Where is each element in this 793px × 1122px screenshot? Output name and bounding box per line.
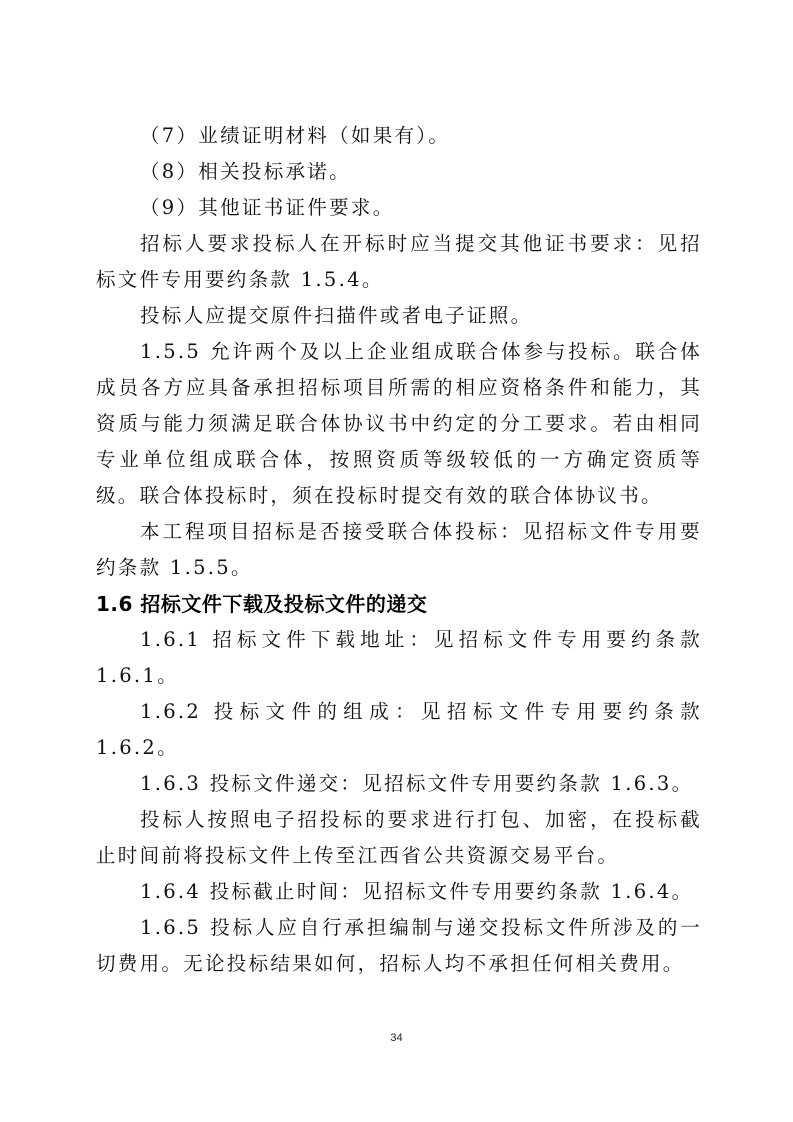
page-number: 34 <box>0 1032 793 1044</box>
paragraph-scan-originals: 投标人应提交原件扫描件或者电子证照。 <box>96 298 702 334</box>
paragraph-consortium-acceptance: 本工程项目招标是否接受联合体投标：见招标文件专用要约条款 1.5.5。 <box>96 514 702 586</box>
document-page: （7）业绩证明材料（如果有）。 （8）相关投标承诺。 （9）其他证书证件要求。 … <box>0 0 793 1122</box>
paragraph-1-6-3: 1.6.3 投标文件递交：见招标文件专用要约条款 1.6.3。 <box>96 766 702 802</box>
paragraph-1-6-2: 1.6.2 投标文件的组成：见招标文件专用要约条款 1.6.2。 <box>96 694 702 766</box>
paragraph-1-6-1: 1.6.1 招标文件下载地址：见招标文件专用要约条款 1.6.1。 <box>96 622 702 694</box>
page-content: （7）业绩证明材料（如果有）。 （8）相关投标承诺。 （9）其他证书证件要求。 … <box>96 118 702 982</box>
list-item-8: （8）相关投标承诺。 <box>96 154 702 190</box>
paragraph-1-6-5: 1.6.5 投标人应自行承担编制与递交投标文件所涉及的一切费用。无论投标结果如何… <box>96 910 702 982</box>
paragraph-1-6-4: 1.6.4 投标截止时间：见招标文件专用要约条款 1.6.4。 <box>96 874 702 910</box>
section-heading-1-6: 1.6 招标文件下载及投标文件的递交 <box>96 586 702 622</box>
list-item-9: （9）其他证书证件要求。 <box>96 190 702 226</box>
paragraph-1-5-5-consortium: 1.5.5 允许两个及以上企业组成联合体参与投标。联合体成员各方应具备承担招标项… <box>96 334 702 514</box>
paragraph-upload-instructions: 投标人按照电子招投标的要求进行打包、加密，在投标截止时间前将投标文件上传至江西省… <box>96 802 702 874</box>
list-item-7: （7）业绩证明材料（如果有）。 <box>96 118 702 154</box>
paragraph-other-certificates: 招标人要求投标人在开标时应当提交其他证书要求：见招标文件专用要约条款 1.5.4… <box>96 226 702 298</box>
